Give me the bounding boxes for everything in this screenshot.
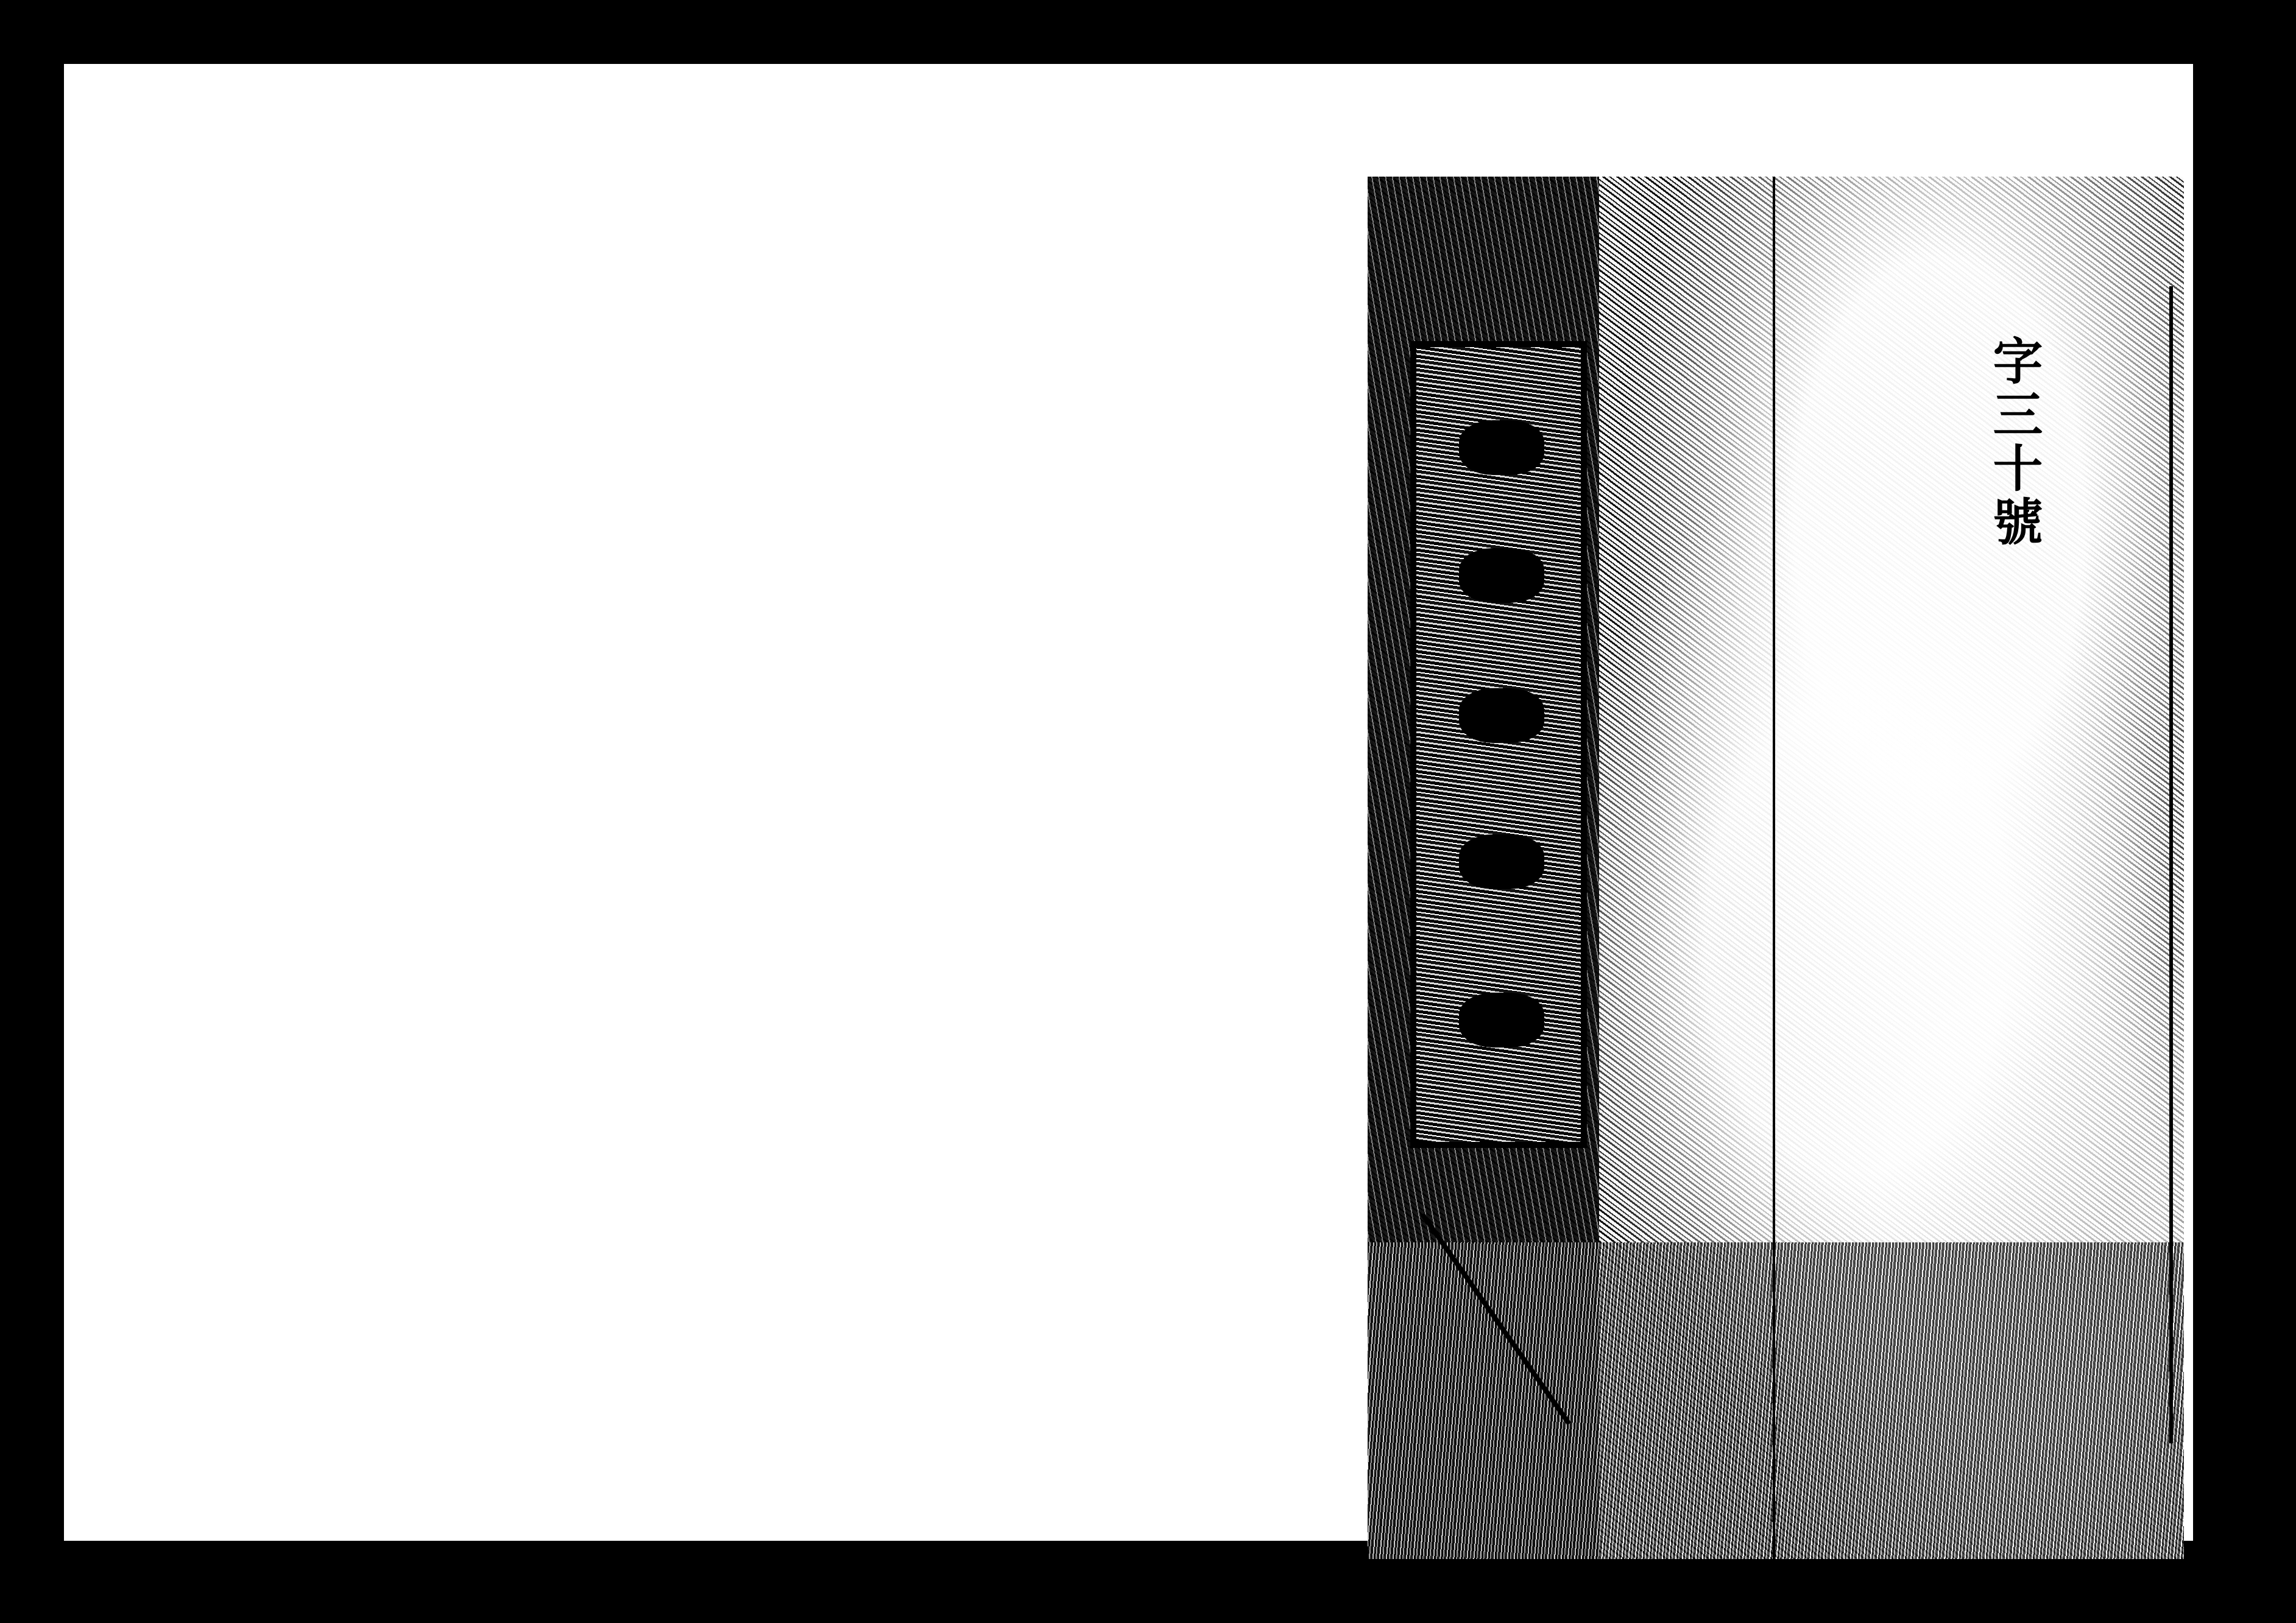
illegible-character <box>1459 993 1544 1047</box>
cover-edge-line <box>2169 286 2173 1443</box>
scanned-page: 字三十號 <box>64 64 2193 1541</box>
illegible-character <box>1459 688 1544 743</box>
book-cover: 字三十號 <box>1368 177 2184 1559</box>
cover-fold-line <box>1773 177 1775 1559</box>
cover-worn-bottom <box>1368 1242 2184 1559</box>
title-strip <box>1410 341 1587 1148</box>
catalog-number-label: 字三十號 <box>1989 335 2039 549</box>
illegible-character <box>1459 548 1544 603</box>
illegible-character <box>1459 834 1544 889</box>
illegible-character <box>1459 420 1544 475</box>
